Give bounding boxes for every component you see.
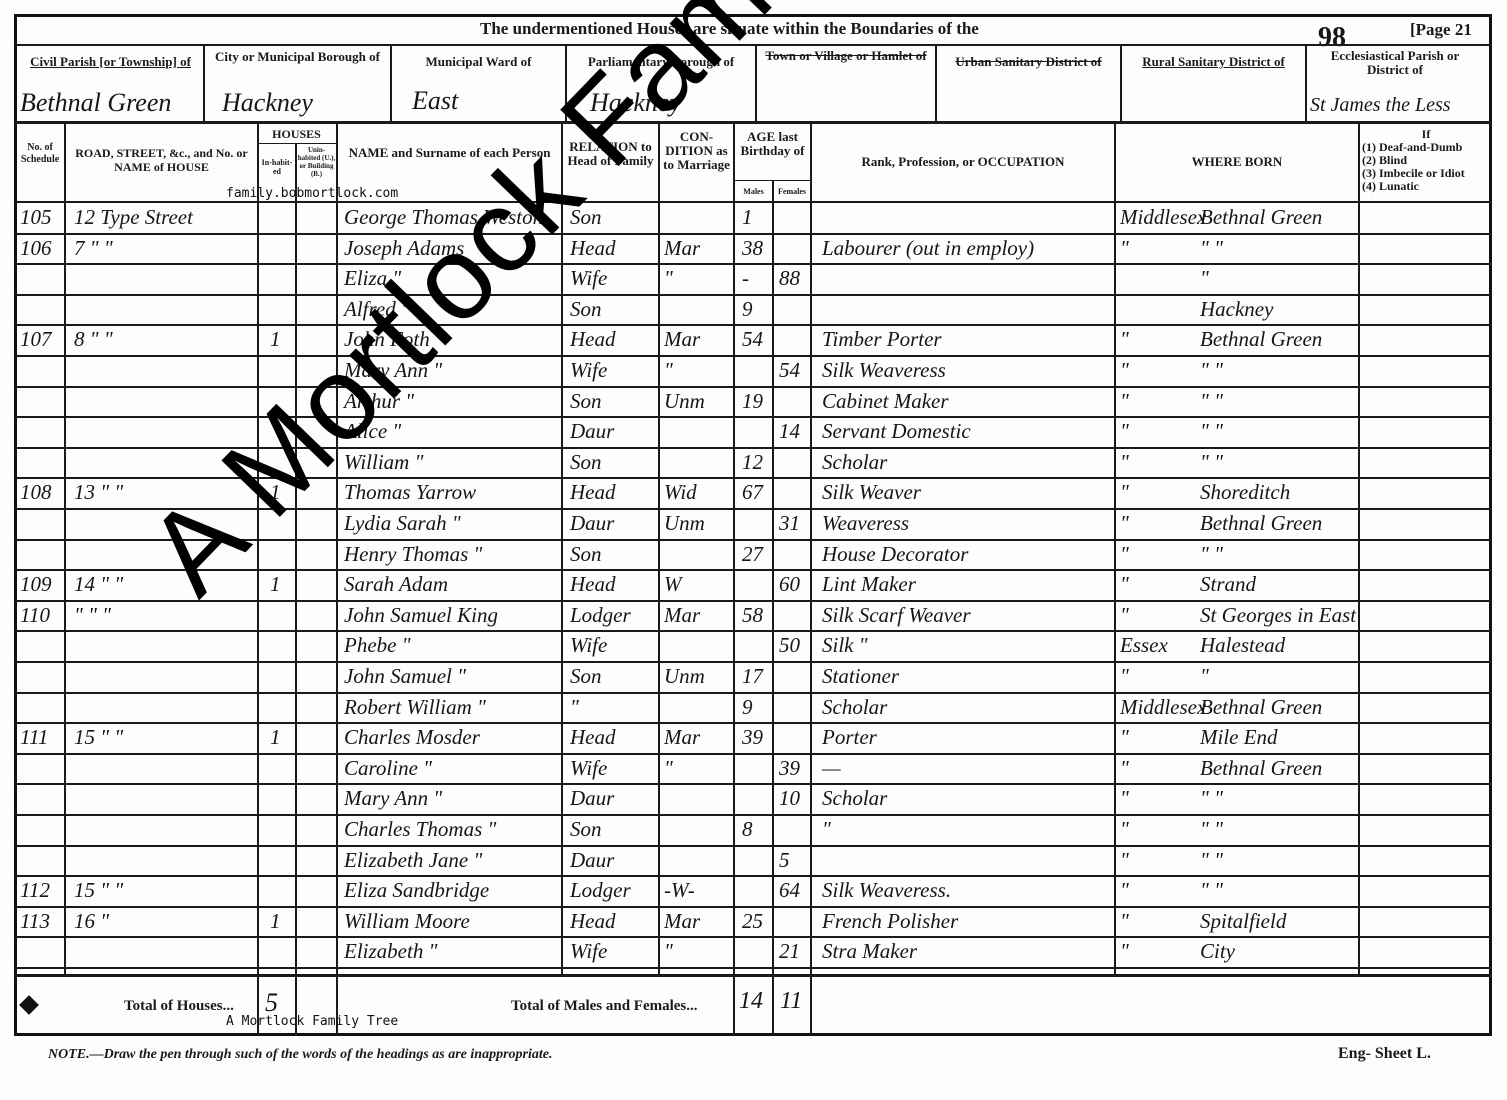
born-county-cell: Middlesex [1120,205,1206,230]
born-county-cell: " [1120,664,1129,689]
divider [14,936,1492,938]
female-age-cell: 88 [779,266,800,291]
occupation-cell: Timber Porter [822,327,942,352]
area-value-municipal-borough: Hackney [222,88,313,118]
road-cell: 16 " [74,909,109,934]
male-age-cell: 27 [742,542,763,567]
schedule-cell: 109 [20,572,52,597]
occupation-cell: " [822,817,831,842]
male-age-cell: - [742,266,749,291]
divider [14,121,1492,124]
divider [733,180,810,181]
road-cell: 8 " " [74,327,113,352]
condition-cell: W [664,572,682,597]
name-cell: Henry Thomas " [344,542,482,567]
divider [14,630,1492,632]
divider [14,294,1492,296]
col-header-inhabited: In-habit-ed [259,158,295,176]
born-county-cell: Middlesex [1120,695,1206,720]
name-cell: Charles Mosder [344,725,480,750]
name-cell: Robert William " [344,695,486,720]
name-cell: Thomas Yarrow [344,480,476,505]
occupation-cell: Silk Weaver [822,480,921,505]
born-place-cell: " " [1200,786,1223,811]
relation-cell: Daur [570,419,614,444]
divider [14,845,1492,847]
male-age-cell: 17 [742,664,763,689]
road-cell: 7 " " [74,236,113,261]
condition-cell: " [664,756,673,781]
col-header-where-born: WHERE BORN [1116,155,1358,169]
condition-cell: -W- [664,878,695,903]
divider [14,967,1492,969]
occupation-cell: Scholar [822,450,887,475]
inhabited-cell: 1 [270,572,281,597]
female-age-cell: 54 [779,358,800,383]
relation-cell: " [570,695,579,720]
url-stamp: family.bobmortlock.com [226,186,398,201]
condition-cell: Mar [664,725,700,750]
area-label-civil-parish: Civil Parish [or Township] of [18,55,203,69]
schedule-cell: 110 [20,603,50,628]
road-cell: 13 " " [74,480,123,505]
name-cell: Lydia Sarah " [344,511,461,536]
condition-cell: Unm [664,664,705,689]
condition-cell: Mar [664,327,700,352]
born-place-cell: Bethnal Green [1200,756,1322,781]
born-place-cell: Bethnal Green [1200,205,1322,230]
col-header-females: Females [774,185,810,199]
col-header-road: ROAD, STREET, &c., and No. or NAME of HO… [66,146,257,174]
occupation-cell: Stra Maker [822,939,917,964]
divider [14,355,1492,357]
occupation-cell: Silk Weaveress. [822,878,951,903]
inhabited-cell: 1 [270,327,281,352]
born-place-cell: " " [1200,236,1223,261]
occupation-cell: Scholar [822,786,887,811]
born-place-cell: St Georges in East [1200,603,1356,628]
inhabited-cell: 1 [270,725,281,750]
condition-cell: " [664,266,673,291]
divider [14,661,1492,663]
divider [14,324,1492,326]
divider [336,124,338,1036]
relation-cell: Head [570,480,616,505]
occupation-cell: Cabinet Maker [822,389,949,414]
name-cell: Charles Thomas " [344,817,496,842]
name-cell: Eliza Sandbridge [344,878,489,903]
relation-cell: Wife [570,633,607,658]
relation-cell: Lodger [570,878,631,903]
area-label-town: Town or Village or Hamlet of [757,49,935,63]
road-cell: 14 " " [74,572,123,597]
born-place-cell: Bethnal Green [1200,511,1322,536]
female-age-cell: 31 [779,511,800,536]
born-place-cell: City [1200,939,1235,964]
road-cell: " " " [74,603,111,628]
relation-cell: Son [570,664,602,689]
born-county-cell: " [1120,450,1129,475]
born-county-cell: " [1120,756,1129,781]
divider [257,143,336,144]
col-header-males: Males [735,185,772,199]
occupation-cell: Labourer (out in employ) [822,236,1034,261]
occupation-cell: House Decorator [822,542,968,567]
total-houses-label: Total of Houses... [124,998,234,1015]
occupation-cell: Stationer [822,664,899,689]
born-county-cell: " [1120,358,1129,383]
divider [14,386,1492,388]
male-age-cell: 39 [742,725,763,750]
male-age-cell: 58 [742,603,763,628]
born-place-cell: Halestead [1200,633,1285,658]
col-header-schedule: No. of Schedule [16,142,64,166]
divider [14,263,1492,265]
born-county-cell: " [1120,817,1129,842]
total-females: 11 [780,988,802,1015]
male-age-cell: 9 [742,695,753,720]
condition-cell: Mar [664,909,700,934]
relation-cell: Son [570,542,602,567]
divider [14,233,1492,235]
born-place-cell: Mile End [1200,725,1278,750]
col-header-houses: HOUSES [257,127,336,141]
female-age-cell: 21 [779,939,800,964]
relation-cell: Son [570,389,602,414]
occupation-cell: French Polisher [822,909,958,934]
relation-cell: Head [570,909,616,934]
relation-cell: Head [570,572,616,597]
divider [14,814,1492,816]
relation-cell: Daur [570,848,614,873]
schedule-cell: 112 [20,878,50,903]
schedule-cell: 113 [20,909,50,934]
condition-cell: Mar [664,236,700,261]
divider [14,722,1492,724]
name-cell: Elizabeth Jane " [344,848,482,873]
born-place-cell: " [1200,664,1209,689]
male-age-cell: 38 [742,236,763,261]
area-value-ecclesiastical: St James the Less [1310,94,1451,117]
occupation-cell: Lint Maker [822,572,916,597]
total-males: 14 [739,988,763,1015]
schedule-cell: 111 [20,725,48,750]
divider [14,906,1492,908]
occupation-cell: Silk Scarf Weaver [822,603,971,628]
divider [295,143,297,1036]
name-cell: Mary Ann " [344,786,442,811]
divider [733,124,735,1036]
female-age-cell: 50 [779,633,800,658]
male-age-cell: 9 [742,297,753,322]
infirmity-4: (4) Lunatic [1362,180,1490,193]
occupation-cell: — [822,756,841,781]
relation-cell: Son [570,817,602,842]
road-cell: 15 " " [74,878,123,903]
relation-cell: Lodger [570,603,631,628]
condition-cell: " [664,939,673,964]
born-county-cell: " [1120,909,1129,934]
female-age-cell: 14 [779,419,800,444]
relation-cell: Son [570,297,602,322]
born-county-cell: " [1120,419,1129,444]
divider [1305,44,1307,121]
area-value-ward: East [412,86,458,116]
born-place-cell: Spitalfield [1200,909,1286,934]
born-county-cell: " [1120,939,1129,964]
born-county-cell: " [1120,572,1129,597]
inhabited-cell: 1 [270,909,281,934]
schedule-cell: 106 [20,236,52,261]
female-age-cell: 5 [779,848,790,873]
area-value-civil-parish: Bethnal Green [20,88,171,118]
born-place-cell: " " [1200,848,1223,873]
area-label-ecclesiastical: Ecclesiastical Parish or District of [1310,49,1480,77]
road-cell: 12 Type Street [74,205,193,230]
born-county-cell: Essex [1120,633,1168,658]
condition-cell: Unm [664,389,705,414]
divider [14,974,1492,977]
footer-stamp: A Mortlock Family Tree [226,1014,398,1029]
condition-cell: " [664,358,673,383]
divider [810,124,812,1036]
name-cell: William Moore [344,909,470,934]
schedule-cell: 107 [20,327,52,352]
divider [14,783,1492,785]
male-age-cell: 8 [742,817,753,842]
name-cell: Elizabeth " [344,939,437,964]
schedule-cell: 105 [20,205,52,230]
born-place-cell: " " [1200,419,1223,444]
male-age-cell: 1 [742,205,753,230]
born-place-cell: Shoreditch [1200,480,1290,505]
condition-cell: Mar [664,603,700,628]
born-place-cell: Bethnal Green [1200,695,1322,720]
col-header-uninhabited: Unin-habited (U.), or Building (B.) [297,146,336,178]
born-place-cell: " " [1200,450,1223,475]
occupation-cell: Porter [822,725,877,750]
male-age-cell: 67 [742,480,763,505]
name-cell: Caroline " [344,756,432,781]
born-place-cell: " " [1200,542,1223,567]
relation-cell: Daur [570,786,614,811]
male-age-cell: 54 [742,327,763,352]
female-age-cell: 64 [779,878,800,903]
born-county-cell: " [1120,511,1129,536]
occupation-cell: Weaveress [822,511,909,536]
divider [14,753,1492,755]
relation-cell: Head [570,327,616,352]
born-county-cell: " [1120,603,1129,628]
relation-cell: Wife [570,939,607,964]
occupation-cell: Servant Domestic [822,419,971,444]
col-header-age: AGE last Birthday of [735,130,810,158]
female-age-cell: 60 [779,572,800,597]
born-place-cell: " " [1200,358,1223,383]
condition-cell: Wid [664,480,697,505]
female-age-cell: 10 [779,786,800,811]
col-header-occupation: Rank, Profession, or OCCUPATION [812,155,1114,169]
born-county-cell: " [1120,236,1129,261]
total-persons-label: Total of Males and Females... [511,998,698,1015]
footer-note: NOTE.—Draw the pen through such of the w… [48,1047,552,1063]
name-cell: Phebe " [344,633,411,658]
male-age-cell: 19 [742,389,763,414]
female-age-cell: 39 [779,756,800,781]
road-cell: 15 " " [74,725,123,750]
born-county-cell: " [1120,542,1129,567]
born-place-cell: " " [1200,878,1223,903]
born-county-cell: " [1120,786,1129,811]
born-place-cell: Bethnal Green [1200,327,1322,352]
occupation-cell: Scholar [822,695,887,720]
area-label-municipal-borough: City or Municipal Borough of [205,50,390,64]
relation-cell: Daur [570,511,614,536]
schedule-cell: 108 [20,480,52,505]
name-cell: John Samuel " [344,664,466,689]
relation-cell: Wife [570,358,607,383]
occupation-cell: Silk Weaveress [822,358,946,383]
relation-cell: Head [570,725,616,750]
page-label: [Page 21 [1410,20,1472,40]
condition-cell: Unm [664,511,705,536]
born-place-cell: Strand [1200,572,1256,597]
born-county-cell: " [1120,389,1129,414]
born-place-cell: Hackney [1200,297,1273,322]
area-label-urban-sanitary: Urban Sanitary District of [937,55,1120,69]
area-label-rural-sanitary: Rural Sanitary District of [1122,55,1305,69]
born-county-cell: " [1120,878,1129,903]
name-cell: John Samuel King [344,603,498,628]
divider [14,692,1492,694]
col-header-infirmity: If (1) Deaf-and-Dumb (2) Blind (3) Imbec… [1362,128,1490,193]
born-county-cell: " [1120,480,1129,505]
area-label-ward: Municipal Ward of [392,55,565,69]
relation-cell: Son [570,450,602,475]
born-county-cell: " [1120,848,1129,873]
sheet-label: Eng- Sheet L. [1338,1045,1431,1063]
born-place-cell: " " [1200,817,1223,842]
divider [14,201,1492,203]
born-place-cell: " " [1200,389,1223,414]
born-place-cell: " [1200,266,1209,291]
occupation-cell: Silk " [822,633,868,658]
relation-cell: Wife [570,266,607,291]
male-age-cell: 12 [742,450,763,475]
born-county-cell: " [1120,327,1129,352]
male-age-cell: 25 [742,909,763,934]
name-cell: Sarah Adam [344,572,448,597]
relation-cell: Wife [570,756,607,781]
born-county-cell: " [1120,725,1129,750]
divider [14,875,1492,877]
